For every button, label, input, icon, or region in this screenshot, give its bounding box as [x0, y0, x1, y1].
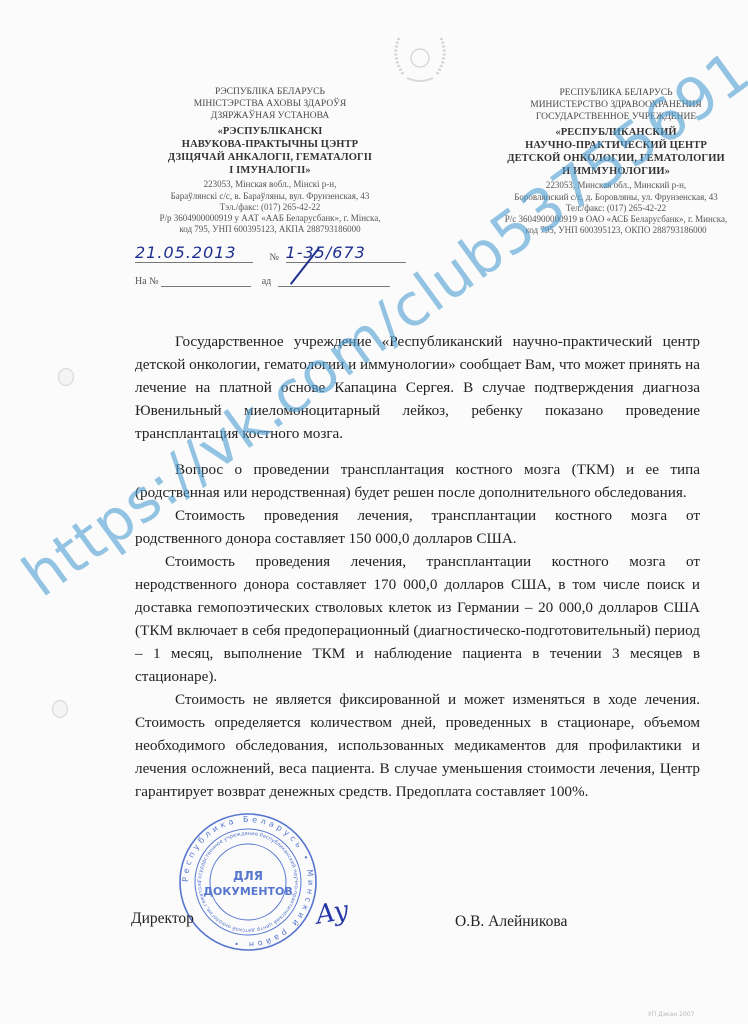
address-block: 223053, Мінская вобл., Мінскі р-н, Бараў…: [125, 179, 415, 235]
letter-body: Государственное учреждение «Республиканс…: [135, 330, 700, 803]
address-block: 223053, Минская обл., Минский р-н, Боров…: [485, 180, 747, 236]
punch-hole: [58, 368, 74, 386]
organization-name: «РЭСПУБЛІКАНСКІ НАВУКОВА-ПРАКТЫЧНЫ ЦЭНТР…: [125, 125, 415, 177]
outgoing-registration: 21.05.2013 № 1-35/673: [135, 243, 406, 263]
country-name: РЕСПУБЛИКА БЕЛАРУСЬ: [485, 88, 747, 100]
letterhead-belarusian: РЭСПУБЛІКА БЕЛАРУСЬ МІНІСТЭРСТВА АХОВЫ З…: [125, 87, 415, 235]
handwritten-date: 21.05.2013: [135, 243, 237, 262]
ministry-name: МИНИСТЕРСТВО ЗДРАВООХРАНЕНИЯ: [485, 100, 747, 112]
reply-number-field: [161, 276, 251, 287]
ministry-name: МІНІСТЭРСТВА АХОВЫ ЗДАРОЎЯ: [125, 99, 415, 111]
number-label: №: [270, 252, 280, 263]
paragraph-cost-unrelated: Стоимость проведения лечения, трансплант…: [135, 550, 700, 688]
paragraph-tkm-type: Вопрос о проведении трансплантация костн…: [135, 458, 700, 504]
signatory-name: О.В. Алейникова: [455, 913, 567, 931]
organization-name: «РЕСПУБЛИКАНСКИЙ НАУЧНО-ПРАКТИЧЕСКИЙ ЦЕН…: [485, 126, 747, 178]
paragraph-intro: Государственное учреждение «Республиканс…: [135, 330, 700, 445]
reply-registration: На № ад: [135, 276, 390, 287]
reply-number-label: На №: [135, 276, 159, 287]
letterhead-russian: РЕСПУБЛИКА БЕЛАРУСЬ МИНИСТЕРСТВО ЗДРАВОО…: [485, 88, 747, 236]
state-emblem-icon: [385, 28, 455, 86]
paragraph-cost-related: Стоимость проведения лечения, трансплант…: [135, 504, 700, 550]
stamp-center-line2: ДОКУМЕНТОВ: [203, 885, 293, 898]
punch-hole: [52, 700, 68, 718]
document-page: РЭСПУБЛІКА БЕЛАРУСЬ МІНІСТЭРСТВА АХОВЫ З…: [0, 0, 748, 1024]
handwritten-signature: Ay: [314, 895, 351, 930]
official-stamp: Республика Беларусь • Минский район • Го…: [178, 812, 318, 952]
country-name: РЭСПУБЛІКА БЕЛАРУСЬ: [125, 87, 415, 99]
handwritten-number: 1-35/673: [286, 243, 366, 262]
reply-from-label: ад: [262, 276, 272, 287]
paragraph-cost-terms: Стоимость не является фиксированной и мо…: [135, 688, 700, 803]
stamp-center-line1: ДЛЯ: [233, 869, 263, 883]
institution-type: ДЗЯРЖАЎНАЯ УСТАНОВА: [125, 111, 415, 123]
print-mark: УП Дэкан 2007: [648, 1011, 694, 1018]
signatory-title: Директор: [131, 910, 194, 928]
institution-type: ГОСУДАРСТВЕННОЕ УЧРЕЖДЕНИЕ: [485, 112, 747, 124]
